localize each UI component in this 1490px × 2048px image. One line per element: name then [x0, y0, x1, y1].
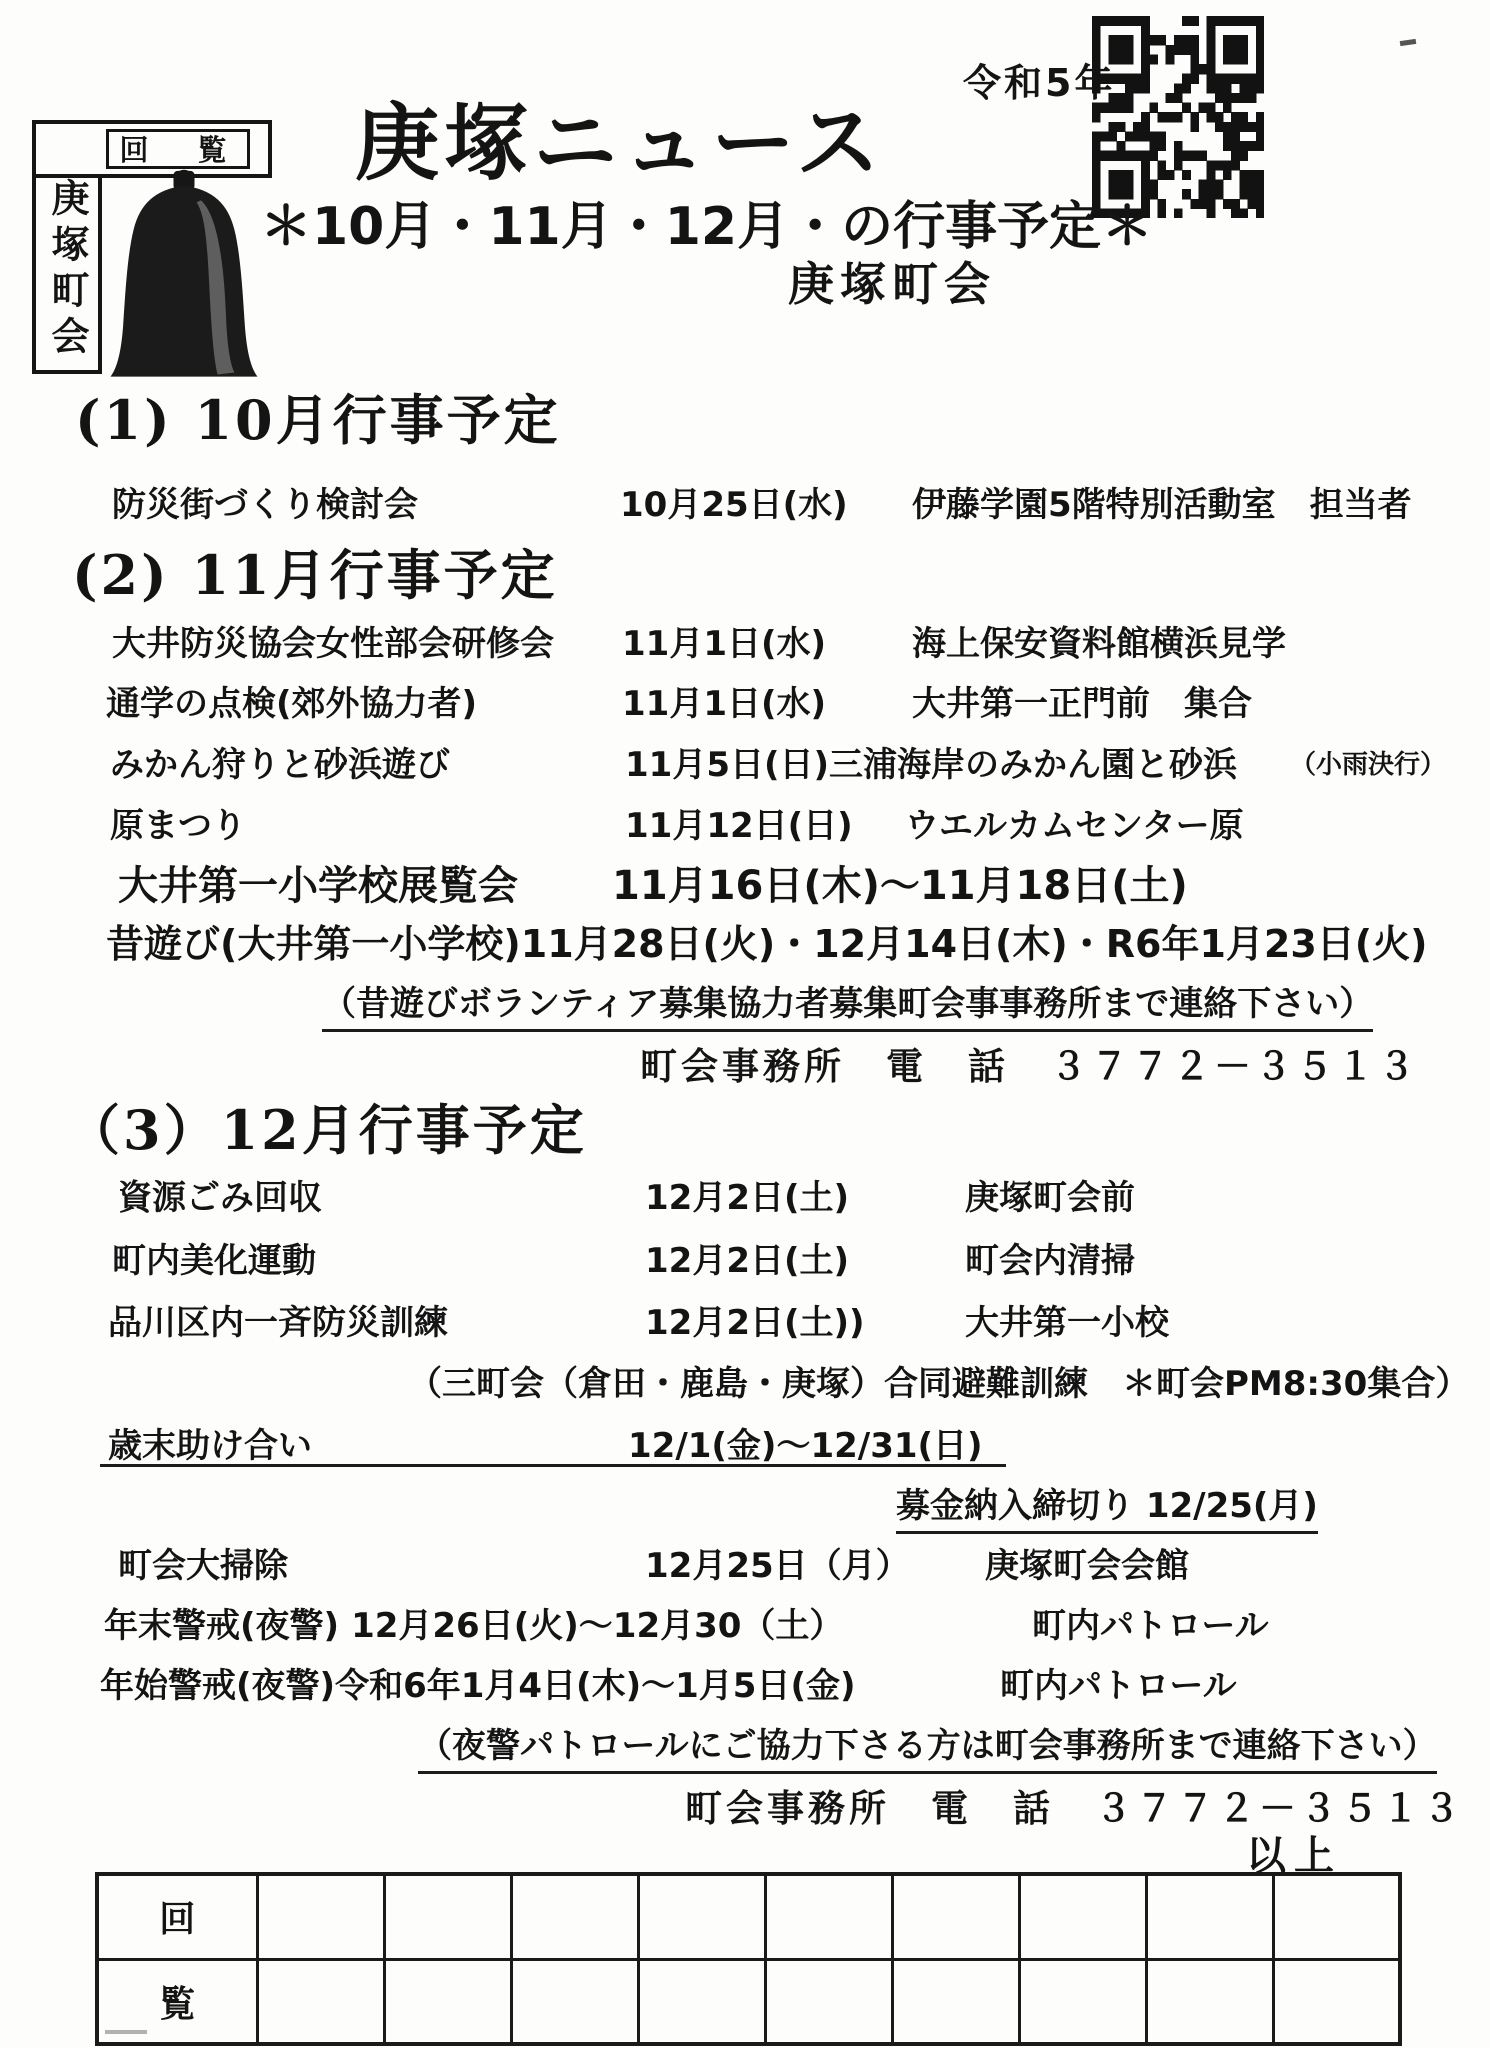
table-cell [1273, 1874, 1400, 1959]
donation-deadline-text: 募金納入締切り 12/25(月) [896, 1486, 1318, 1534]
table-cell [511, 1874, 638, 1959]
section-heading-december: （3）12月行事予定 [66, 1088, 587, 1165]
event-name: みかん狩りと砂浜遊び [110, 737, 450, 786]
table-cell [892, 1874, 1019, 1959]
night-patrol-note: （夜警パトロールにご協力下さる方は町会事務所まで連絡下さい） [418, 1718, 1437, 1767]
scan-artifact [105, 2030, 147, 2034]
event-place: 町内パトロール [1032, 1598, 1269, 1647]
newsletter-page: 庚塚町会 回 覧 令和5年 庚塚ニュース ＊10月・11月・12月・の行事予定＊… [0, 0, 1490, 2048]
event-row: 町会大掃除 12月25日（月） 庚塚町会会館 [0, 1538, 1490, 1584]
event-name: 歳末助け合い [108, 1418, 312, 1467]
event-date: 11月12日(日) [625, 798, 853, 847]
event-name: 町内美化運動 [112, 1233, 316, 1282]
table-cell [765, 1959, 892, 2044]
association-name: 庚塚町会 [788, 248, 996, 314]
table-cell [1019, 1959, 1146, 2044]
qr-code [1092, 16, 1264, 218]
scan-artifact [1400, 39, 1417, 46]
table-cell [384, 1874, 511, 1959]
event-name: 防災街づくり検討会 [112, 477, 418, 526]
event-name: 町会大掃除 [118, 1538, 288, 1587]
event-date: 12月2日(土) [645, 1233, 849, 1282]
event-date: 12月2日(土)) [645, 1295, 865, 1344]
event-place: ウエルカムセンター原 [905, 798, 1244, 847]
event-date: 11月1日(水) [622, 616, 826, 665]
section-heading-november: (2) 11月行事予定 [72, 533, 558, 610]
table-row: 回 [97, 1874, 1400, 1959]
event-row: 防災街づくり検討会 10月25日(水) 伊藤学園5階特別活動室 担当者 [0, 477, 1490, 523]
event-name: 昔遊び(大井第一小学校) [106, 922, 521, 966]
office-phone: 町会事務所 電 話 ３７７２－３５１３ [640, 1036, 1419, 1090]
event-name-date: 年始警戒(夜警)令和6年1月4日(木)～1月5日(金) [100, 1658, 856, 1707]
office-phone: 町会事務所 電 話 ３７７２－３５１３ [685, 1778, 1464, 1832]
table-cell [892, 1959, 1019, 2044]
volunteer-note: （昔遊びボランティア募集協力者募集町会事事務所まで連絡下さい） [322, 976, 1373, 1025]
event-name: 年始警戒(夜警) [100, 1666, 335, 1706]
table-cell [638, 1959, 765, 2044]
event-row: 歳末助け合い 12/1(金)～12/31(日) [0, 1418, 1490, 1464]
event-place: 庚塚町会会館 [985, 1538, 1189, 1587]
event-row: 大井防災協会女性部会研修会 11月1日(水) 海上保安資料館横浜見学 [0, 616, 1490, 662]
event-row: 年末警戒(夜警)12月26日(火)～12月30（土） 町内パトロール [0, 1598, 1490, 1644]
event-date: 12月26日(火)～12月30（土） [351, 1606, 843, 1646]
table-cell [1146, 1959, 1273, 2044]
event-date: 令和6年1月4日(木)～1月5日(金) [335, 1666, 855, 1706]
event-date: 12/1(金)～12/31(日) [628, 1418, 983, 1467]
table-cell [384, 1959, 511, 2044]
event-name: 通学の点検(郊外協力者) [106, 676, 477, 725]
event-name: 原まつり [110, 798, 246, 847]
event-weather-note: （小雨決行） [1290, 744, 1446, 781]
event-date: 11月16日(木)～11月18日(土) [612, 854, 1188, 911]
event-row: 通学の点検(郊外協力者) 11月1日(水) 大井第一正門前 集合 [0, 676, 1490, 722]
table-cell [1273, 1959, 1400, 2044]
event-row: 資源ごみ回収 12月2日(土) 庚塚町会前 [0, 1170, 1490, 1216]
event-name: 大井第一小学校展覧会 [118, 854, 518, 911]
event-date: 11月1日(水) [622, 676, 826, 725]
table-cell [1019, 1874, 1146, 1959]
event-row: 町内美化運動 12月2日(土) 町会内清掃 [0, 1233, 1490, 1279]
event-date: 10月25日(水) [620, 477, 848, 526]
circulation-sign-table: 回 覧 [95, 1872, 1402, 2046]
event-date: 12月25日（月） [645, 1538, 910, 1587]
event-name: 品川区内一斉防災訓練 [108, 1295, 448, 1344]
table-cell [511, 1959, 638, 2044]
joint-drill-note: （三町会（倉田・鹿島・庚塚）合同避難訓練 ＊町会PM8:30集合） [408, 1356, 1469, 1405]
table-cell [765, 1874, 892, 1959]
event-name: 年末警戒(夜警) [104, 1606, 339, 1646]
circulation-stamp: 庚塚町会 回 覧 [28, 112, 276, 397]
event-place: 伊藤学園5階特別活動室 担当者 [912, 477, 1412, 526]
temple-bell-image [100, 168, 268, 390]
event-place: 庚塚町会前 [965, 1170, 1135, 1219]
event-place: 町会内清掃 [965, 1233, 1135, 1282]
event-date: 12月2日(土) [645, 1170, 849, 1219]
underline [100, 1464, 1006, 1467]
volunteer-note-text: （昔遊びボランティア募集協力者募集町会事事務所まで連絡下さい） [322, 984, 1373, 1032]
event-place: 町内パトロール [1000, 1658, 1237, 1707]
newsletter-title: 庚塚ニュース [300, 76, 940, 197]
event-row: 昔遊び(大井第一小学校)11月28日(火)・12月14日(木)・R6年1月23日… [106, 913, 1428, 968]
event-place: 大井第一小校 [965, 1295, 1169, 1344]
event-row: みかん狩りと砂浜遊び 11月5日(日)三浦海岸のみかん園と砂浜 （小雨決行） [0, 737, 1490, 783]
table-cell [638, 1874, 765, 1959]
table-cell [1146, 1874, 1273, 1959]
event-row: 大井第一小学校展覧会 11月16日(木)～11月18日(土) [0, 854, 1490, 900]
table-row-label: 回 [97, 1874, 257, 1959]
circulation-label: 回 覧 [106, 129, 250, 169]
event-place: 海上保安資料館横浜見学 [912, 616, 1286, 665]
event-name: 資源ごみ回収 [118, 1170, 322, 1219]
event-row: 年始警戒(夜警)令和6年1月4日(木)～1月5日(金) 町内パトロール [0, 1658, 1490, 1704]
table-cell [257, 1959, 384, 2044]
event-row: 原まつり 11月12日(日) ウエルカムセンター原 [0, 798, 1490, 844]
event-name: 大井防災協会女性部会研修会 [112, 616, 554, 665]
event-row: 品川区内一斉防災訓練 12月2日(土)) 大井第一小校 [0, 1295, 1490, 1341]
event-date: 11月5日(日)三浦海岸のみかん園と砂浜 [625, 737, 1237, 786]
night-patrol-note-text: （夜警パトロールにご協力下さる方は町会事務所まで連絡下さい） [418, 1726, 1437, 1774]
event-name-date: 年末警戒(夜警)12月26日(火)～12月30（土） [104, 1598, 843, 1647]
event-place: 大井第一正門前 集合 [912, 676, 1252, 725]
table-cell [257, 1874, 384, 1959]
section-heading-october: (1) 10月行事予定 [75, 378, 561, 455]
event-date: 11月28日(火)・12月14日(木)・R6年1月23日(火) [521, 922, 1428, 966]
table-row: 覧 [97, 1959, 1400, 2044]
donation-deadline-note: 募金納入締切り 12/25(月) [896, 1478, 1318, 1527]
